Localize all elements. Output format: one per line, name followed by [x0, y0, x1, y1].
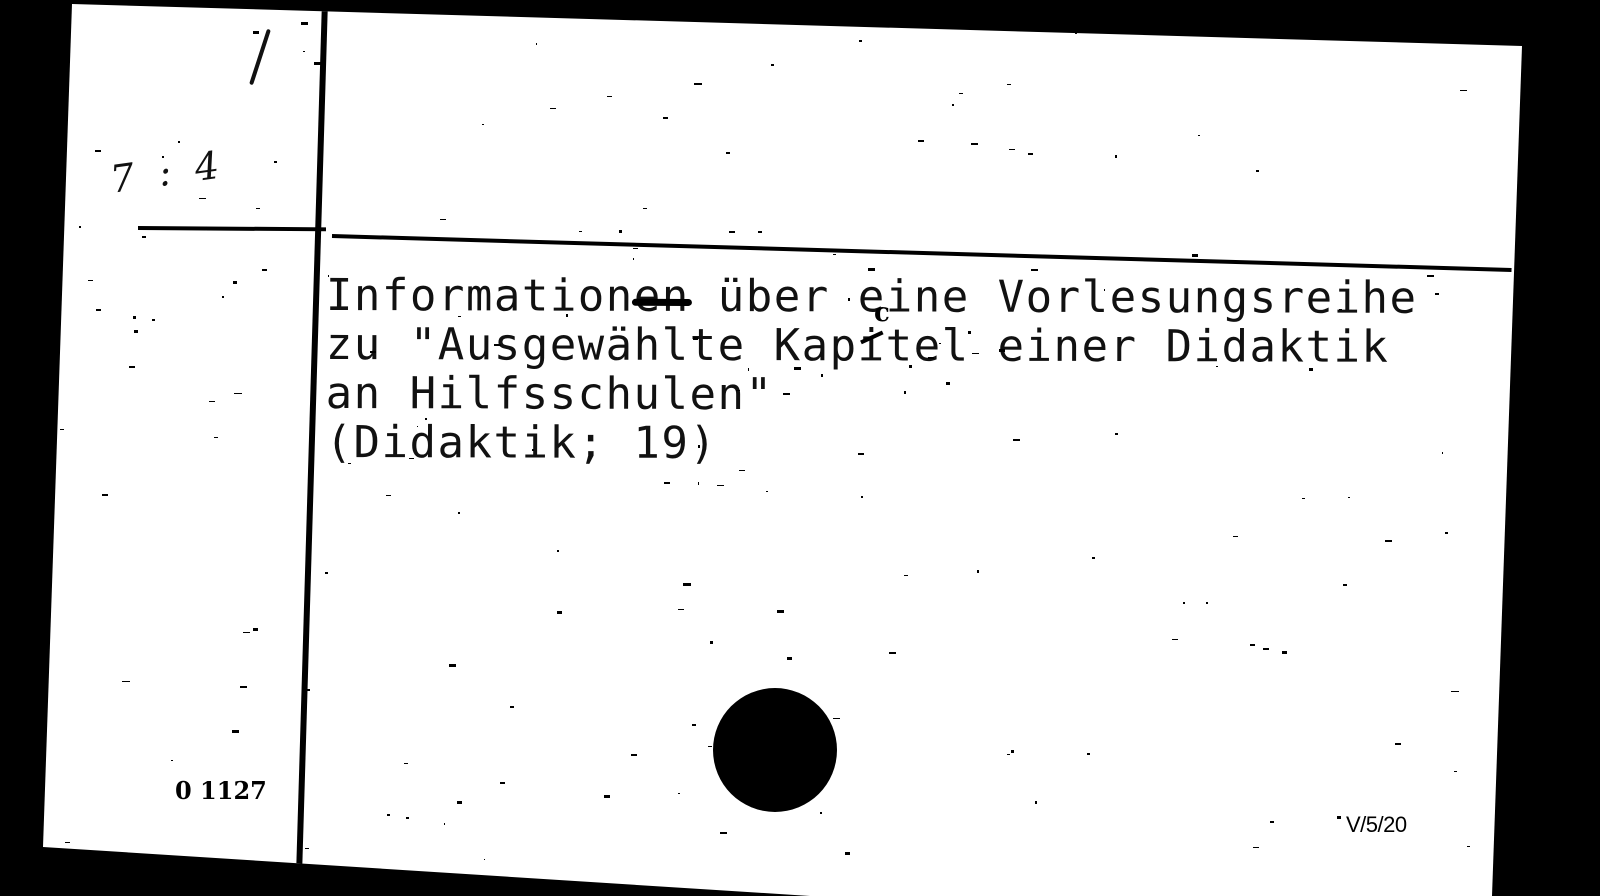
typed-line: zu "Ausgewählte Kapitel einer Didaktik — [326, 321, 1418, 373]
handwritten-correction: c — [874, 298, 890, 328]
typed-line: an Hilfsschulen" — [326, 370, 1418, 422]
typed-text: tel einer Didaktik — [886, 320, 1390, 372]
handwritten-annotation: 7 : 4 — [107, 142, 227, 202]
typed-line: Informationen über eine Vorlesungsreihe — [326, 272, 1418, 324]
pencil-stroke-mark — [249, 29, 271, 85]
typed-text: Information — [326, 270, 634, 322]
typed-text: an Hilfsschulen" — [326, 368, 774, 420]
typed-line: (Didaktik; 19) — [325, 419, 1417, 471]
card-code: V/5/20 — [1346, 812, 1407, 838]
punch-hole — [713, 688, 837, 812]
struck-text: i — [858, 320, 886, 371]
catalog-card: 7 : 4 Informationen über eine Vorlesungs… — [0, 0, 1600, 896]
scan-background: 7 : 4 Informationen über eine Vorlesungs… — [0, 0, 1600, 896]
struck-text: en — [634, 271, 690, 322]
shelf-number: 0 1127 — [175, 776, 267, 805]
vertical-margin-rule — [296, 0, 328, 870]
typed-text: (Didaktik; 19) — [325, 417, 717, 469]
typed-title-entry: Informationen über eine Vorlesungsreihez… — [325, 272, 1417, 471]
typed-text: zu "Ausgewählte Kap — [326, 319, 858, 371]
header-rule-left — [138, 226, 326, 231]
header-rule-right — [332, 234, 1512, 272]
typed-text: über eine Vorlesungsreihe — [690, 271, 1418, 324]
